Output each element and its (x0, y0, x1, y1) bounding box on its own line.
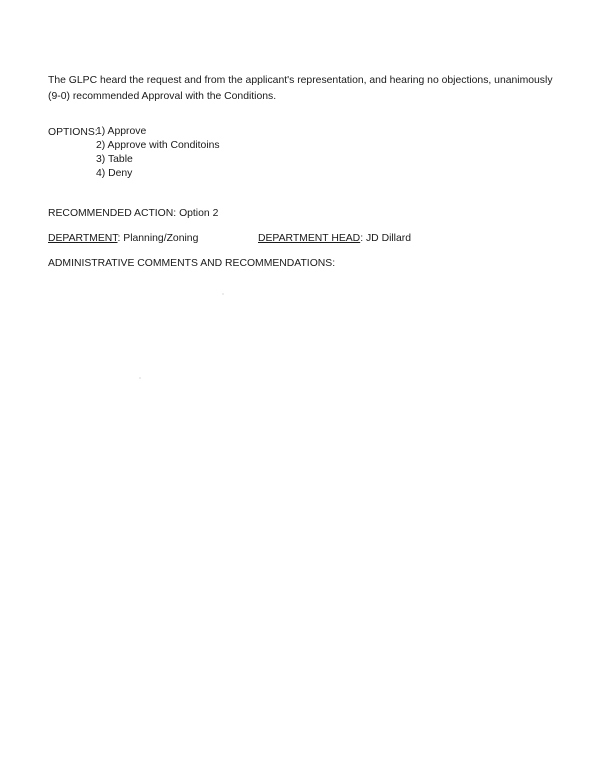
option-item: 3) Table (96, 153, 220, 167)
scan-speck (222, 293, 224, 295)
department: DEPARTMENT: Planning/Zoning (48, 231, 198, 246)
recommended-action: RECOMMENDED ACTION: Option 2 (48, 206, 218, 221)
document-page: The GLPC heard the request and from the … (0, 0, 600, 776)
options-list: 1) Approve 2) Approve with Conditoins 3)… (96, 125, 220, 181)
recommended-action-value: Option 2 (179, 208, 218, 219)
option-item: 1) Approve (96, 125, 220, 139)
scan-speck (139, 377, 141, 379)
department-head-value: : JD Dillard (360, 233, 411, 244)
options-label: OPTIONS: (48, 125, 98, 140)
department-label: DEPARTMENT (48, 233, 117, 244)
option-item: 4) Deny (96, 167, 220, 181)
department-value: : Planning/Zoning (117, 233, 198, 244)
recommended-action-label: RECOMMENDED ACTION: (48, 208, 176, 219)
department-head-label: DEPARTMENT HEAD (258, 233, 360, 244)
department-head: DEPARTMENT HEAD: JD Dillard (258, 231, 411, 246)
summary-paragraph: The GLPC heard the request and from the … (48, 73, 568, 105)
administrative-comments-heading: ADMINISTRATIVE COMMENTS AND RECOMMENDATI… (48, 256, 335, 271)
option-item: 2) Approve with Conditoins (96, 139, 220, 153)
